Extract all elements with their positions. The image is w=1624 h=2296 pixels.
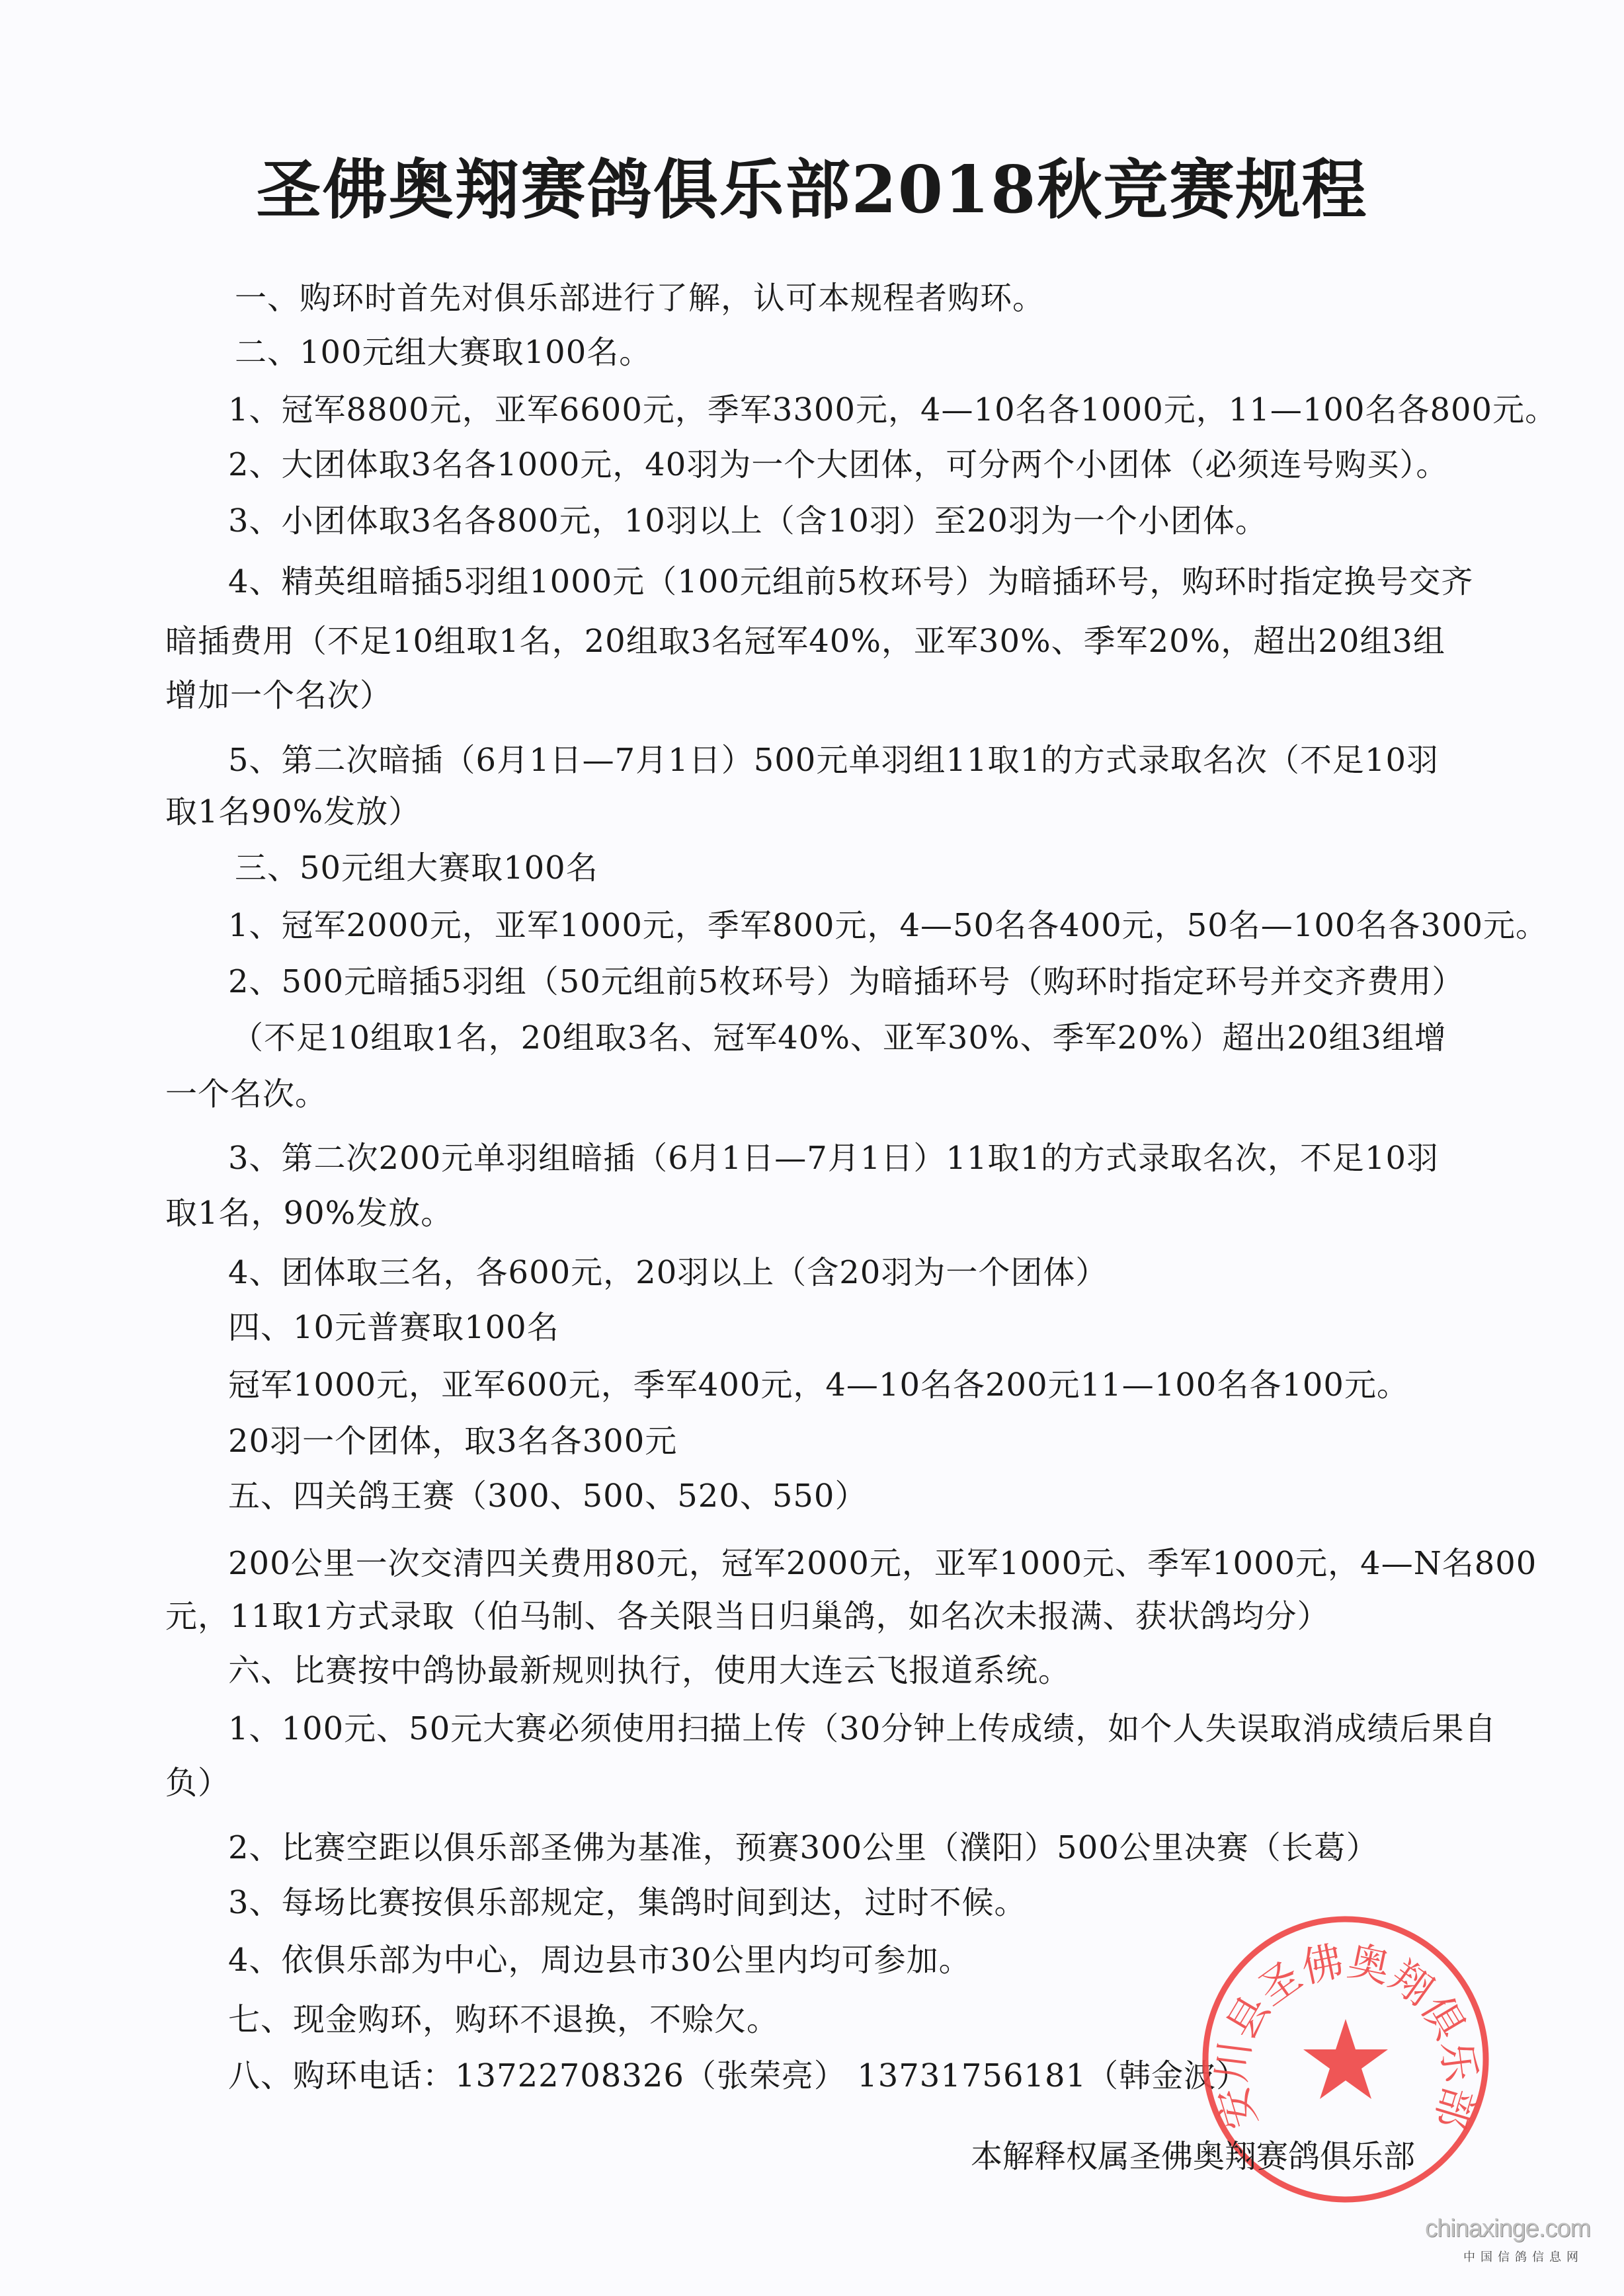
section-2-item-2: 2、大团体取3名各1000元，40羽为一个大团体，可分两个小团体（必须连号购买）… <box>228 445 1448 485</box>
section-2-item-5: 5、第二次暗插（6月1日—7月1日）500元单羽组11取1的方式录取名次（不足1… <box>228 740 1439 780</box>
section-3-item-2-cont2: 一个名次。 <box>165 1074 327 1114</box>
section-4-item-1: 冠军1000元，亚军600元，季军400元，4—10名各200元11—100名各… <box>228 1365 1409 1405</box>
section-6-item-3: 3、每场比赛按俱乐部规定，集鸽时间到达，过时不候。 <box>228 1883 1027 1922</box>
section-3-item-3: 3、第二次200元单羽组暗插（6月1日—7月1日）11取1的方式录取名次，不足1… <box>228 1138 1439 1178</box>
section-3-heading: 三、50元组大赛取100名 <box>235 848 598 888</box>
section-5-item-1-cont: 元，11取1方式录取（伯马制、各关限当日归巢鸽，如名次未报满、获状鸽均分） <box>165 1597 1330 1636</box>
section-2-item-4: 4、精英组暗插5羽组1000元（100元组前5枚环号）为暗插环号，购环时指定换号… <box>228 562 1473 602</box>
footer-interpretation: 本解释权属圣佛奥翔赛鸽俱乐部 <box>971 2137 1415 2176</box>
section-4-heading: 四、10元普赛取100名 <box>228 1308 559 1347</box>
star-icon <box>1303 2019 1388 2099</box>
section-2-heading: 二、100元组大赛取100名。 <box>235 333 651 372</box>
section-6-heading: 六、比赛按中鸽协最新规则执行，使用大连云飞报道系统。 <box>228 1651 1071 1690</box>
section-3-item-3-cont: 取1名，90%发放。 <box>165 1193 453 1233</box>
section-2-item-4-cont: 暗插费用（不足10组取1名，20组取3名冠军40%，亚军30%、季军20%，超出… <box>165 621 1445 661</box>
section-5-item-1: 200公里一次交清四关费用80元，冠军2000元，亚军1000元、季军1000元… <box>228 1544 1537 1583</box>
section-2-item-3: 3、小团体取3名各800元，10羽以上（含10羽）至20羽为一个小团体。 <box>228 501 1268 541</box>
document-page: 圣佛奥翔赛鸽俱乐部2018秋竞赛规程 一、购环时首先对俱乐部进行了解，认可本规程… <box>0 0 1624 2296</box>
section-6-item-2: 2、比赛空距以俱乐部圣佛为基准，预赛300公里（濮阳）500公里决赛（长葛） <box>228 1828 1379 1868</box>
section-2-item-5-cont: 取1名90%发放） <box>165 792 421 832</box>
section-8-contacts: 八、购环电话：13722708326（张荣亮） 13731756181（韩金波） <box>228 2056 1248 2096</box>
section-3-item-2: 2、500元暗插5羽组（50元组前5枚环号）为暗插环号（购环时指定环号并交齐费用… <box>228 962 1464 1002</box>
section-6-item-4: 4、依俱乐部为中心，周边县市30公里内均可参加。 <box>228 1940 971 1980</box>
section-3-item-2-cont: （不足10组取1名，20组取3名、冠军40%、亚军30%、季军20%）超出20组… <box>231 1018 1447 1058</box>
watermark-site-name: 中国信鸽信息网 <box>1463 2248 1584 2265</box>
section-1: 一、购环时首先对俱乐部进行了解，认可本规程者购环。 <box>235 278 1045 318</box>
section-6-item-1-cont: 负） <box>165 1763 230 1803</box>
watermark-domain: chinaxinge.com <box>1425 2215 1590 2243</box>
section-6-item-1: 1、100元、50元大赛必须使用扫描上传（30分钟上传成绩，如个人失误取消成绩后… <box>228 1709 1496 1749</box>
section-3-item-1: 1、冠军2000元，亚军1000元，季军800元，4—50名各400元，50名—… <box>228 906 1548 945</box>
section-4-item-2: 20羽一个团体，取3名各300元 <box>228 1421 677 1461</box>
section-2-item-4-cont2: 增加一个名次） <box>165 676 392 715</box>
section-2-item-1: 1、冠军8800元，亚军6600元，季军3300元，4—10名各1000元，11… <box>228 390 1557 430</box>
document-title: 圣佛奥翔赛鸽俱乐部2018秋竞赛规程 <box>0 151 1624 230</box>
section-7: 七、现金购环，购环不退换，不赊欠。 <box>228 2000 779 2039</box>
section-5-heading: 五、四关鸽王赛（300、500、520、550） <box>228 1476 867 1516</box>
section-3-item-4: 4、团体取三名，各600元，20羽以上（含20羽为一个团体） <box>228 1253 1108 1292</box>
